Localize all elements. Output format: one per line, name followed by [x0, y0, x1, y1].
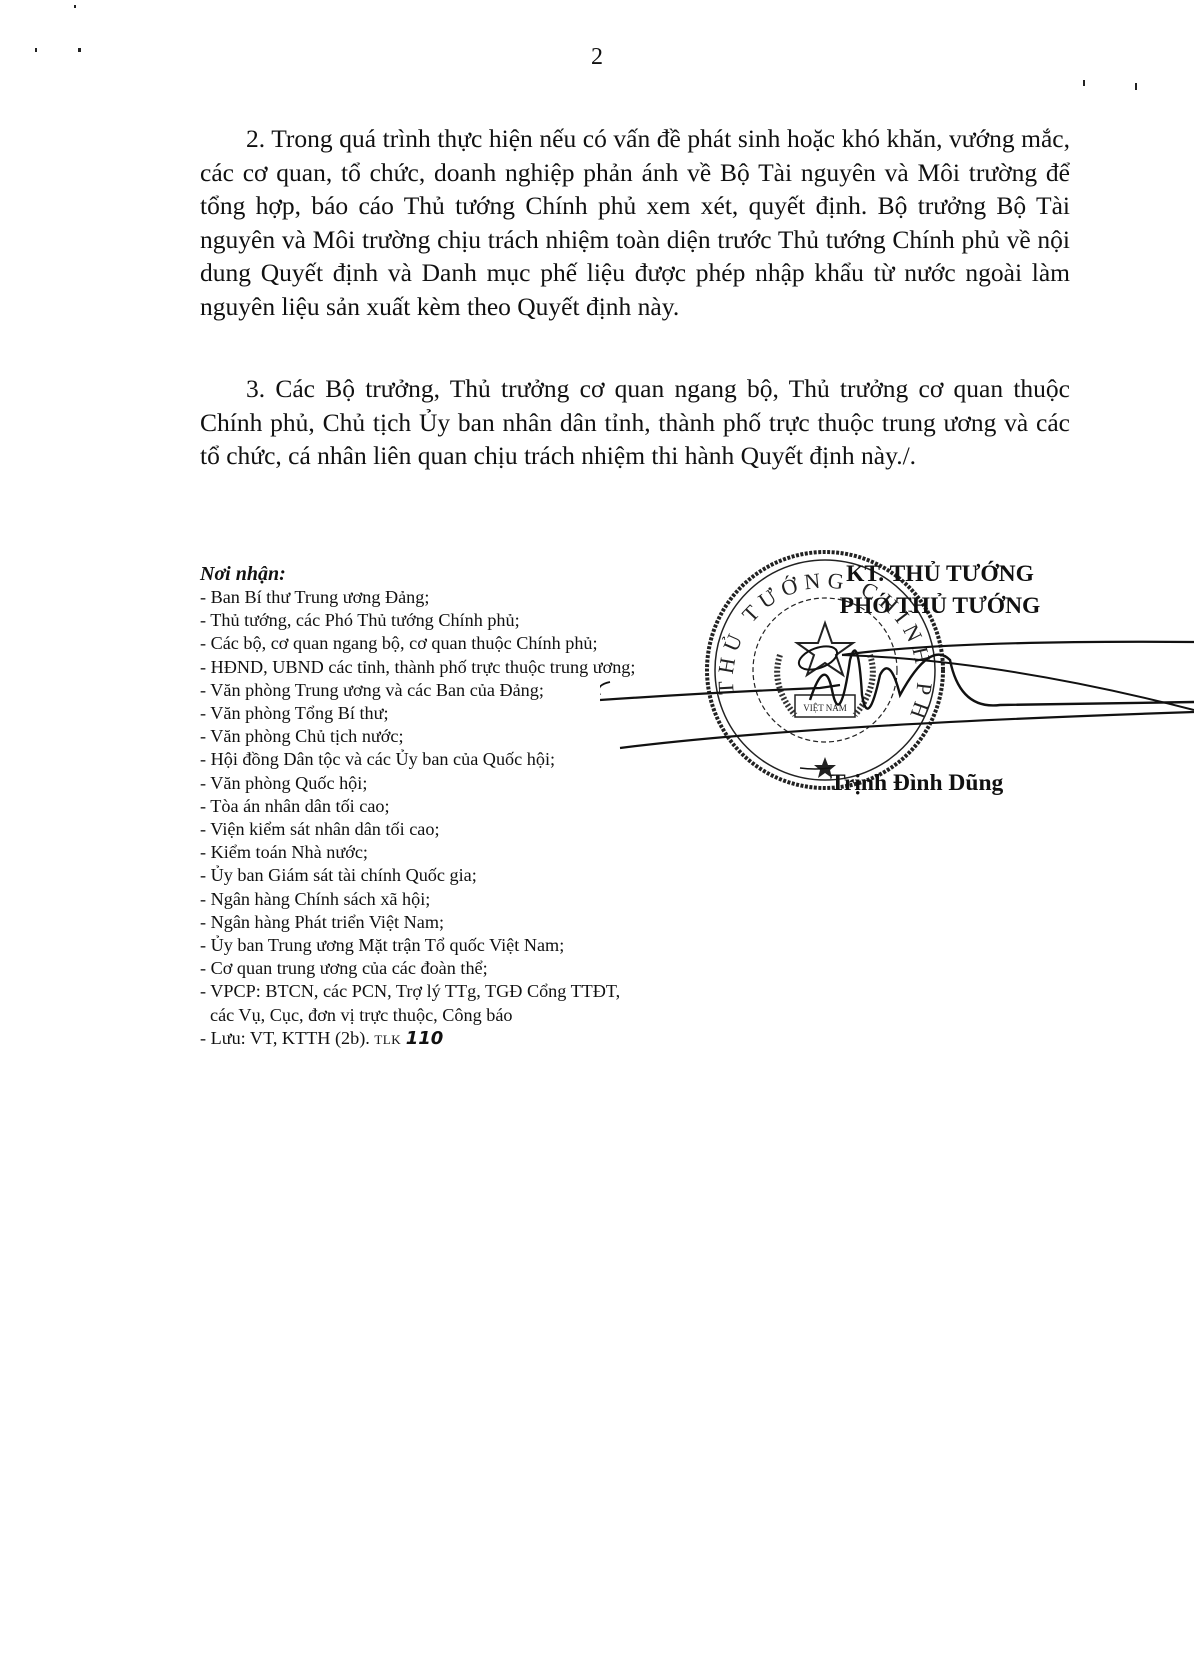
archive-code: TLK [374, 1032, 401, 1047]
recipient-item: - Tòa án nhân dân tối cao; [200, 795, 635, 818]
paragraph-2: 2. Trong quá trình thực hiện nếu có vấn … [200, 122, 1070, 323]
recipient-item: - Cơ quan trung ương của các đoàn thể; [200, 957, 635, 980]
svg-text:VIỆT NAM: VIỆT NAM [803, 703, 847, 713]
archive-text: - Lưu: VT, KTTH (2b). [200, 1028, 370, 1048]
recipient-item: - Hội đồng Dân tộc và các Ủy ban của Quố… [200, 748, 635, 771]
paragraph-2-text: 2. Trong quá trình thực hiện nếu có vấn … [200, 122, 1070, 323]
recipient-item: - Ủy ban Trung ương Mặt trận Tổ quốc Việ… [200, 934, 635, 957]
recipient-item: - VPCP: BTCN, các PCN, Trợ lý TTg, TGĐ C… [200, 980, 635, 1003]
recipient-item: - Thủ tướng, các Phó Thủ tướng Chính phủ… [200, 609, 635, 632]
recipient-item: - HĐND, UBND các tỉnh, thành phố trực th… [200, 656, 635, 679]
recipients-list: Nơi nhận: - Ban Bí thư Trung ương Đảng; … [200, 562, 635, 1051]
archive-line: - Lưu: VT, KTTH (2b). TLK 110 [200, 1027, 635, 1051]
scan-speck [1135, 83, 1137, 90]
paragraph-3: 3. Các Bộ trưởng, Thủ trưởng cơ quan nga… [200, 372, 1070, 473]
recipient-item: - Ngân hàng Chính sách xã hội; [200, 888, 635, 911]
recipients-heading: Nơi nhận: [200, 562, 635, 586]
scan-speck [1083, 80, 1085, 86]
signature-title: KT. THỦ TƯỚNG PHÓ THỦ TƯỚNG [790, 558, 1090, 622]
recipient-item: - Văn phòng Quốc hội; [200, 772, 635, 795]
recipient-item: - Văn phòng Tổng Bí thư; [200, 702, 635, 725]
signer-name: Trịnh Đình Dũng [830, 770, 1003, 797]
page-number: 2 [0, 44, 1194, 71]
signature-title-line-1: KT. THỦ TƯỚNG [790, 558, 1090, 590]
archive-number: 110 [406, 1028, 444, 1049]
recipient-item: - Ủy ban Giám sát tài chính Quốc gia; [200, 864, 635, 887]
recipient-item: - Văn phòng Trung ương và các Ban của Đả… [200, 679, 635, 702]
recipient-item: - Ngân hàng Phát triển Việt Nam; [200, 911, 635, 934]
paragraph-3-text: 3. Các Bộ trưởng, Thủ trưởng cơ quan nga… [200, 372, 1070, 473]
recipient-item: - Các bộ, cơ quan ngang bộ, cơ quan thuộ… [200, 632, 635, 655]
scan-speck [74, 5, 76, 8]
recipient-item-continuation: các Vụ, Cục, đơn vị trực thuộc, Công báo [200, 1004, 635, 1027]
recipient-item: - Kiểm toán Nhà nước; [200, 841, 635, 864]
signature-title-line-2: PHÓ THỦ TƯỚNG [790, 590, 1090, 622]
recipient-item: - Văn phòng Chủ tịch nước; [200, 725, 635, 748]
recipient-item: - Ban Bí thư Trung ương Đảng; [200, 586, 635, 609]
recipient-item: - Viện kiểm sát nhân dân tối cao; [200, 818, 635, 841]
